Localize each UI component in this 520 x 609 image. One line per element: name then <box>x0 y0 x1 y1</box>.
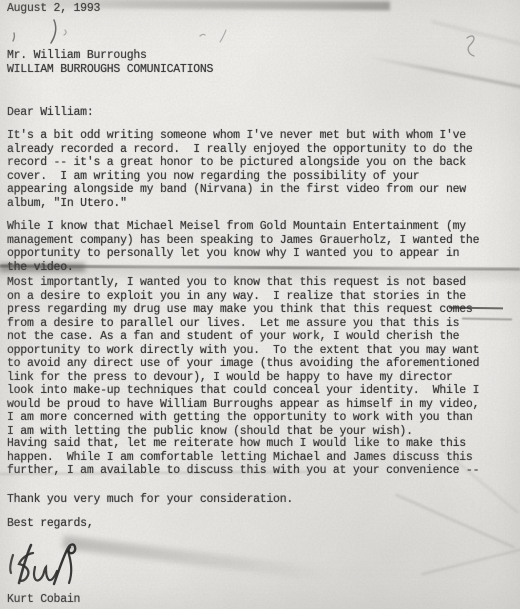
letter-page: August 2, 1993 Mr. William Burroughs WIL… <box>0 0 520 609</box>
salutation: Dear William: <box>7 106 93 120</box>
wrinkle-line-2 <box>421 547 520 576</box>
stray-pen-mark-under-date <box>10 18 70 52</box>
typed-signature-name: Kurt Cobain <box>7 593 80 607</box>
thank-you-line: Thank you very much for your considerati… <box>7 493 293 507</box>
body-paragraph-3: Most importantly, I wanted you to know t… <box>7 276 479 438</box>
body-paragraph-4: Having said that, let me reiterate how m… <box>7 437 479 478</box>
stray-pen-dots <box>196 26 236 46</box>
signature-kurt-handwritten <box>5 541 97 591</box>
body-paragraph-2: While I know that Michael Meisel from Go… <box>7 220 479 274</box>
stray-pen-squiggle-top-right <box>458 32 484 60</box>
body-paragraph-1: It's a bit odd writing someone whom I've… <box>7 129 473 210</box>
diagonal-crease-top-right <box>366 55 520 91</box>
letter-date: August 2, 1993 <box>7 2 100 16</box>
signature-area-smudge <box>62 536 332 582</box>
wrinkle-line-1 <box>395 494 515 549</box>
valediction-line: Best regards, <box>7 517 93 531</box>
diagonal-crease-top-right-2 <box>431 21 520 50</box>
recipient-address-block: Mr. William Burroughs WILLIAM BURROUGHS … <box>7 49 213 76</box>
